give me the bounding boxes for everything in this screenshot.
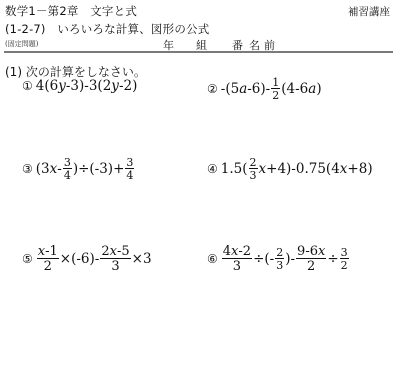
variable-x: x <box>340 161 348 177</box>
problem-6: ⑥ 4x-23 ÷(- 23 )- 9-6x2 ÷ 32 <box>207 245 350 273</box>
numerator: 3 <box>63 157 72 169</box>
numerator: 3 <box>125 157 134 169</box>
denominator: 4 <box>126 169 133 181</box>
expr-part: ) <box>316 81 321 97</box>
problem-number: ③ <box>22 162 33 176</box>
expr-part: -1 <box>45 244 58 259</box>
numerator: 2 <box>275 247 284 259</box>
expr-part: ×(-6)- <box>60 251 100 267</box>
expr-part: -(5 <box>221 81 239 97</box>
expr-part: (3 <box>36 161 50 177</box>
variable-x: x <box>259 161 267 177</box>
problem-1: ① 4(6y-3)-3(2y-2) <box>22 78 137 94</box>
header-divider <box>4 51 393 53</box>
problem-number: ① <box>22 79 33 93</box>
numerator: 3 <box>340 247 349 259</box>
fixed-problem-label: (固定問題) <box>5 39 38 49</box>
expr-part: -2 <box>238 244 251 259</box>
expr-part: )÷(-3)+ <box>73 161 125 177</box>
fraction: 23 <box>275 247 284 271</box>
denominator: 2 <box>272 89 279 101</box>
expr-part: - <box>57 161 62 177</box>
numerator: x-1 <box>37 245 59 259</box>
numerator: 2 <box>249 157 258 169</box>
problem-3: ③ (3x- 34 )÷(-3)+ 34 <box>22 157 135 181</box>
expr-part: -3)-3(2 <box>66 78 111 94</box>
fraction: 23 <box>249 157 258 181</box>
fraction: 12 <box>271 77 280 101</box>
variable-x: x <box>38 244 45 259</box>
fraction: 9-6x2 <box>296 245 326 273</box>
expr-part: 4 <box>223 244 231 259</box>
denominator: 2 <box>341 259 348 271</box>
expr-part: ÷ <box>327 251 338 267</box>
fraction: 4x-23 <box>222 245 252 273</box>
expr-part: (4-6 <box>281 81 308 97</box>
variable-x: x <box>110 244 117 259</box>
variable-a: a <box>239 81 247 97</box>
denominator: 3 <box>250 169 257 181</box>
worksheet-subtitle: (1-2-7) いろいろな計算、図形の公式 <box>5 21 209 37</box>
problem-number: ⑥ <box>207 252 218 266</box>
expr-part: -2) <box>119 78 137 94</box>
variable-a: a <box>308 81 316 97</box>
denominator: 2 <box>44 259 52 273</box>
expr-part: ÷(- <box>253 251 274 267</box>
problem-2: ② -(5a-6)- 12 (4-6a) <box>207 77 322 101</box>
variable-x: x <box>318 244 325 259</box>
problem-number: ② <box>207 82 218 96</box>
problem-number: ⑤ <box>22 252 33 266</box>
numerator: 2x-5 <box>100 245 130 259</box>
fraction: x-12 <box>37 245 59 273</box>
expr-part: 1.5( <box>221 161 248 177</box>
brand-label: 補習講座 <box>348 4 390 19</box>
variable-x: x <box>50 161 58 177</box>
numerator: 4x-2 <box>222 245 252 259</box>
denominator: 4 <box>64 169 71 181</box>
problem-5: ⑤ x-12 ×(-6)- 2x-53 ×3 <box>22 245 152 273</box>
fraction: 2x-53 <box>100 245 130 273</box>
expr-part: +8) <box>347 161 372 177</box>
fraction: 32 <box>340 247 349 271</box>
denominator: 2 <box>307 259 315 273</box>
problem-number: ④ <box>207 162 218 176</box>
denominator: 3 <box>276 259 283 271</box>
fraction: 34 <box>125 157 134 181</box>
expr-part: -6)- <box>247 81 270 97</box>
problem-4: ④ 1.5( 23 x+4)-0.75(4x+8) <box>207 157 373 181</box>
expr-part: )- <box>285 251 295 267</box>
expr-part: -5 <box>117 244 130 259</box>
variable-y: y <box>111 78 119 94</box>
denominator: 3 <box>233 259 241 273</box>
variable-y: y <box>58 78 66 94</box>
expr-part: 2 <box>101 244 109 259</box>
numerator: 1 <box>271 77 280 89</box>
numerator: 9-6x <box>296 245 326 259</box>
expr-part: 9-6 <box>297 244 318 259</box>
expr-part: 4(6 <box>36 78 58 94</box>
expr-part: +4)-0.75(4 <box>266 161 340 177</box>
fraction: 34 <box>63 157 72 181</box>
expr-part: ×3 <box>132 251 152 267</box>
denominator: 3 <box>111 259 119 273</box>
worksheet-title: 数学1－第2章 文字と式 <box>5 3 137 19</box>
